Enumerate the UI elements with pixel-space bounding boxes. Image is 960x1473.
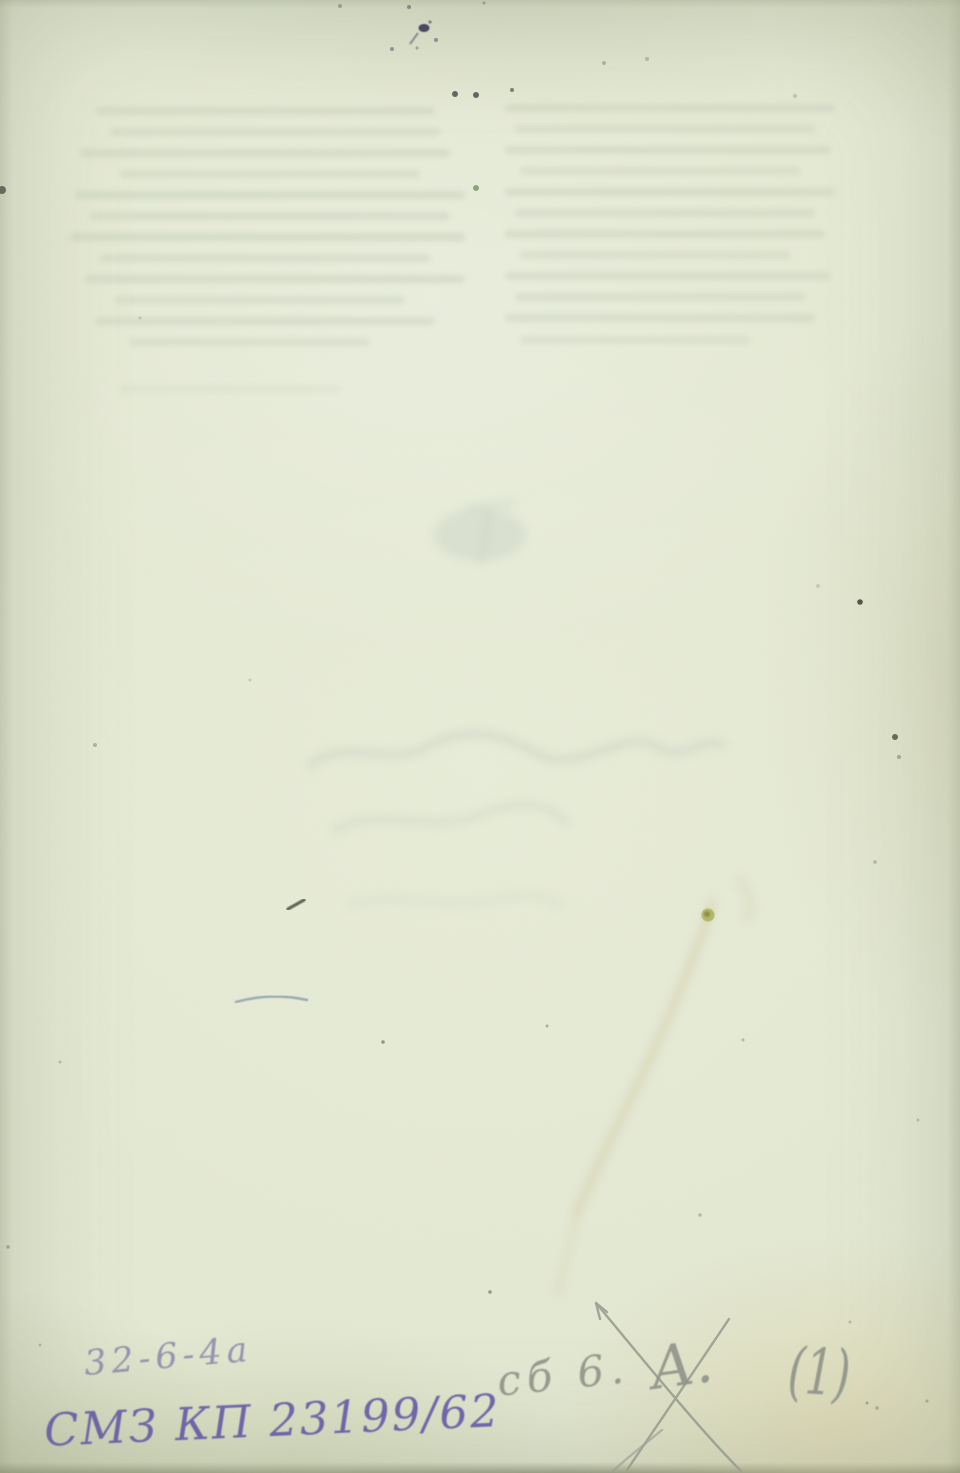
bleedthrough-line: [520, 251, 790, 259]
speck: [483, 2, 486, 5]
bleedthrough-line: [505, 104, 835, 112]
bleedthrough-line: [520, 167, 800, 175]
scanned-page: 32-6-4a СМЗ КП 23199/62 сб 6. А. (1): [0, 0, 960, 1473]
speck: [39, 1344, 42, 1347]
speck: [338, 4, 342, 8]
speck: [897, 755, 901, 759]
speck: [381, 1040, 385, 1044]
speck: [892, 734, 898, 740]
bleedthrough-line: [505, 314, 815, 322]
bleedthrough-line: [95, 317, 435, 325]
speck: [249, 679, 252, 682]
bleedthrough-line: [120, 385, 340, 393]
speck: [698, 1213, 702, 1217]
speck: [488, 1290, 492, 1294]
bleedthrough-line: [520, 336, 750, 344]
speck: [452, 91, 458, 97]
speck: [857, 599, 863, 605]
bleedthrough-line: [115, 296, 405, 304]
pencil-number: (1): [786, 1341, 852, 1408]
bleedthrough-line: [130, 338, 370, 346]
speck: [742, 1039, 745, 1042]
speck: [473, 185, 479, 191]
speck: [793, 94, 797, 98]
speck: [926, 1400, 929, 1403]
speck: [473, 92, 479, 98]
speck: [93, 743, 97, 747]
bleedthrough-line: [515, 125, 815, 133]
speck: [546, 1025, 549, 1028]
bleedthrough-line: [95, 107, 435, 115]
bleedthrough-line: [505, 146, 830, 154]
texture-svg: [0, 0, 960, 1473]
speck: [390, 47, 394, 51]
speck: [407, 5, 411, 9]
bleedthrough-line: [90, 212, 450, 220]
speck: [875, 1406, 879, 1410]
bleedthrough-line: [80, 149, 450, 157]
speck: [416, 47, 419, 50]
bleedthrough-line: [75, 191, 465, 199]
bleedthrough-line: [120, 170, 420, 178]
speck: [434, 38, 438, 42]
speck: [816, 584, 820, 588]
speck: [6, 1245, 10, 1249]
speck: [873, 860, 877, 864]
bleedthrough-line: [70, 233, 465, 241]
crossed-out-letter: А.: [646, 1332, 716, 1398]
bleedthrough-line: [505, 188, 835, 196]
speck: [510, 88, 514, 92]
speck: [645, 57, 649, 61]
speck: [917, 1119, 920, 1122]
speck: [849, 1321, 852, 1324]
speck: [602, 61, 606, 65]
speck: [866, 1402, 869, 1405]
bleedthrough-line: [85, 275, 465, 283]
bleedthrough-line: [505, 272, 830, 280]
speck: [59, 1061, 62, 1064]
bleedthrough-line: [515, 293, 805, 301]
bleedthrough-line: [505, 230, 825, 238]
yellow-green-spot: [702, 909, 715, 922]
speck: [139, 317, 142, 320]
bleedthrough-line: [100, 254, 430, 262]
bleedthrough-line: [515, 209, 815, 217]
bleedthrough-line: [110, 128, 440, 136]
